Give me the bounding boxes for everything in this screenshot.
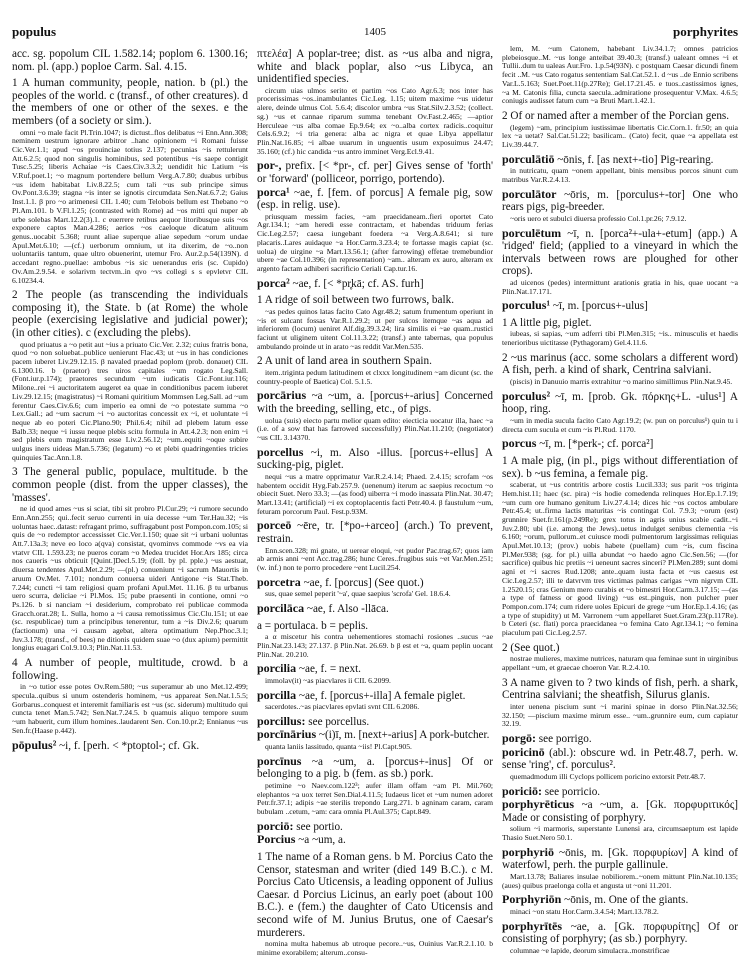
- entry-definition: ~ae, f. [< *pr̥kā; cf. AS. furh]: [290, 278, 424, 290]
- citations: (legem) ~am, principium iustissimae libe…: [502, 124, 738, 150]
- sense-definition: 4 A number of people, multitude, crowd. …: [12, 657, 248, 682]
- headword: poricinō: [502, 745, 545, 759]
- citations: in ~o tutior esse potes Ov.Rem.580; ~us …: [12, 683, 248, 735]
- dictionary-entry: porcetra ~ae, f. [porcus] (See quot.): [257, 576, 493, 590]
- dictionary-entry: porphyrītēs ~ae, a. [Gk. πορφυρίτης] Of …: [502, 920, 738, 946]
- headword: Porphyriōn: [502, 892, 561, 906]
- entry-definition: ~ī, m. [*perk-; cf. porca²]: [536, 438, 653, 450]
- entry-definition: ~ae, f. Also -llāca.: [304, 603, 389, 615]
- citations: solium ~i marmoris, superstante Lunensi …: [502, 825, 738, 842]
- citations: ~as pedes quinos latas facito Cato Agr.4…: [257, 308, 493, 352]
- headword: porphyrītēs: [502, 919, 562, 933]
- citations: scaberat, ut ~us contritis arbore costis…: [502, 481, 738, 638]
- dictionary-entry: porcilla ~ae, f. [porcus+-illa] A female…: [257, 689, 493, 703]
- sense-definition: 1 A male pig, (in pl., pigs without diff…: [502, 455, 738, 480]
- dictionary-entry: porculātiō ~ōnis, f. [as next+-tio] Pig-…: [502, 153, 738, 167]
- dictionary-entry: porculus¹ ~ī, m. [porcus+-ulus]: [502, 299, 738, 313]
- dictionary-entry: Porcius ~a ~um, a.: [257, 833, 493, 847]
- dictionary-entry: porculētum ~ī, n. [porca²+-ula+-etum] (a…: [502, 227, 738, 278]
- entry-definition: ~ae, f. [fem. of porcus] A female pig, s…: [257, 187, 493, 212]
- headword: por-,: [257, 158, 282, 172]
- sense-definition: 1 A ridge of soil between two furrows, b…: [257, 294, 493, 307]
- headword: porcillus:: [257, 714, 305, 728]
- sense-definition: 1 The name of a Roman gens. b M. Porcius…: [257, 851, 493, 939]
- headword: porculētum: [502, 226, 561, 240]
- sense-definition: acc. sg. popolum CIL 1.582.14; poplom 6.…: [12, 48, 248, 73]
- citations: priusquam messim facies, ~am praecidanea…: [257, 213, 493, 274]
- headword: Porcius: [257, 832, 295, 846]
- citations: ~um in media sucula facito Cato Agr.19.2…: [502, 417, 738, 434]
- column-1: acc. sg. popolum CIL 1.582.14; poplom 6.…: [12, 44, 248, 752]
- citations: columnae ~e lapide, deorum simulacra..mo…: [502, 947, 738, 956]
- entry-definition: ~ī, m. [porcus+-ulus]: [550, 300, 648, 312]
- citations: nostrae mulieres, maxime nutrices, natur…: [502, 655, 738, 672]
- dictionary-entry: porphyriō ~ōnis, m. [Gk. πορφυρίων] A ki…: [502, 846, 738, 872]
- headword: porcilia: [257, 661, 296, 675]
- citations: nomina multa habemus ab utroque pecore..…: [257, 940, 493, 957]
- headword: porciō:: [257, 819, 293, 833]
- sense-definition: 2 The people (as transcending the indivi…: [12, 289, 248, 339]
- headword: porcīnārius: [257, 727, 316, 741]
- sense-definition: 3 The general public, populace, multitud…: [12, 466, 248, 504]
- headword: porcus: [502, 436, 536, 450]
- page-number: 1405: [12, 26, 738, 38]
- citations: ~oris uero et subulci diuersa professio …: [502, 215, 738, 224]
- dictionary-entry: porca² ~ae, f. [< *pr̥kā; cf. AS. furh]: [257, 277, 493, 291]
- headword: porphyrēticus: [502, 797, 574, 811]
- column-2: πτελέα] A poplar-tree; dist. as ~us alba…: [257, 44, 493, 961]
- headword: porcīnus: [257, 754, 301, 768]
- headword: poriciō:: [502, 784, 542, 798]
- citations: Enn.scen.328; mi gnate, ut uerear eloqui…: [257, 547, 493, 573]
- sense-definition: 3 A name given to ? two kinds of fish, p…: [502, 677, 738, 702]
- headword: porphyriō: [502, 845, 554, 859]
- sense-definition: 2 Of or named after a member of the Porc…: [502, 110, 738, 123]
- dictionary-entry: Porphyriōn ~ōnis, m. One of the giants.: [502, 893, 738, 907]
- sense-definition: 2 A unit of land area in southern Spain.: [257, 355, 493, 368]
- headword: porculātiō: [502, 152, 554, 166]
- headword: porca¹: [257, 185, 290, 199]
- dictionary-entry: porphyrēticus ~a ~um, a. [Gk. πορφυριτικ…: [502, 798, 738, 824]
- citations: ad uicenos (pedes) intermittunt arationi…: [502, 279, 738, 296]
- citations: quanta laniis lassitudo, quanta ~iis! Pl…: [257, 743, 493, 752]
- citations: immolav(it) ~as piacvlares ii CIL 6.2099…: [257, 677, 493, 686]
- dictionary-entry: porcārius ~a ~um, a. [porcus+-arius] Con…: [257, 389, 493, 415]
- dictionary-entry: porcīnārius ~(i)ī, m. [next+-arius] A po…: [257, 728, 493, 742]
- headword: porculātor: [502, 187, 556, 201]
- citations: petimine ~o Naev.com.122³; aufer illam o…: [257, 782, 493, 817]
- entry-definition: ~ae, f. [porcus+-illa] A female piglet.: [296, 690, 465, 702]
- citations: ne id quod ames ~us si sciat, tibi sit p…: [12, 505, 248, 653]
- entry-definition: ~ae, f. [porcus] (See quot.): [301, 577, 424, 589]
- column-3: lem, M. ~um Catonem, habebant Liv.34.1.7…: [502, 44, 738, 959]
- entry-definition: ~ōnis, f. [as next+-tio] Pig-rearing.: [554, 154, 713, 166]
- headword: porgō:: [502, 731, 536, 745]
- citations: nequi ~us a matre opprimatur Var.R.2.4.1…: [257, 473, 493, 517]
- citations: circum uias ulmos serito et partim ~os C…: [257, 87, 493, 157]
- sense-definition: 1 A human community, people, nation. b (…: [12, 77, 248, 127]
- citations: uolua (suis) eiecto partu melior quam ed…: [257, 417, 493, 443]
- dictionary-entry: porgō: see porrigo.: [502, 732, 738, 746]
- citations: (piscis) in Danuuio marris extrahitur ~o…: [502, 378, 738, 387]
- citations: a α miscetur his contra uehementiores st…: [257, 633, 493, 659]
- dictionary-entry: pōpulus² ~i, f. [perh. < *ptoptol-; cf. …: [12, 739, 248, 753]
- entry-definition: ~ōnis, m. One of the giants.: [561, 894, 688, 906]
- sense-definition: πτελέα] A poplar-tree; dist. as ~us alba…: [257, 48, 493, 86]
- entry-definition: ~a ~um, a.: [295, 834, 345, 846]
- headword: porca²: [257, 276, 290, 290]
- entry-definition: see porcellus.: [305, 716, 369, 728]
- citations: sus, quae semel peperit '~a', quae saepi…: [257, 590, 493, 599]
- entry-definition: ~i, f. [perh. < *ptoptol-; cf. Gk.: [56, 740, 199, 752]
- entry-definition: prefix. [< *pr-, cf. per] Gives sense of…: [257, 160, 493, 185]
- entry-definition: ~ēre, tr. [*po-+arceo] (arch.) To preven…: [257, 520, 493, 545]
- headword: porcārius: [257, 388, 306, 402]
- dictionary-entry: porculus² ~ī, m. [prob. Gk. πόρκης+L. -u…: [502, 390, 738, 416]
- citations: lem, M. ~um Catonem, habebant Liv.34.1.7…: [502, 45, 738, 106]
- dictionary-page: populus 1405 porphyrites acc. sg. popolu…: [0, 0, 750, 963]
- headword: porculus²: [502, 389, 550, 403]
- entry-definition: see porricio.: [542, 786, 600, 798]
- citations: sacerdotes..~as piacvlares epvlati svnt …: [257, 703, 493, 712]
- dictionary-entry: porceō ~ēre, tr. [*po-+arceo] (arch.) To…: [257, 519, 493, 545]
- headword: porcilāca: [257, 601, 304, 615]
- headword: porceō: [257, 518, 291, 532]
- citations: quod priuatus a ~o petit aut ~ius a priu…: [12, 341, 248, 463]
- headword: porcellus: [257, 445, 303, 459]
- dictionary-entry: porcus ~ī, m. [*perk-; cf. porca²]: [502, 437, 738, 451]
- citations: omni ~o male facit Pl.Trin.1047; is dict…: [12, 129, 248, 286]
- entry-definition: ~ae, f. = next.: [296, 663, 361, 675]
- citations: item..triginta pedum latitudinem et clxx…: [257, 369, 493, 386]
- running-head: populus 1405 porphyrites: [12, 24, 738, 44]
- dictionary-entry: porcilia ~ae, f. = next.: [257, 662, 493, 676]
- entry-definition: see porrigo.: [536, 733, 592, 745]
- dictionary-entry: poriciō: see porricio.: [502, 785, 738, 799]
- dictionary-entry: porcilāca ~ae, f. Also -llāca.: [257, 602, 493, 616]
- dictionary-entry: porcīnus ~a ~um, a. [porcus+-inus] Of or…: [257, 755, 493, 781]
- headword: porcetra: [257, 575, 301, 589]
- dictionary-entry: por-, prefix. [< *pr-, cf. per] Gives se…: [257, 159, 493, 185]
- entry-definition: ~(i)ī, m. [next+-arius] A pork-butcher.: [316, 729, 489, 741]
- dictionary-entry: poricinō (abl.): obscure wd. in Petr.48.…: [502, 746, 738, 772]
- dictionary-entry: porcellus ~i, m. Also -illus. [porcus+-e…: [257, 446, 493, 472]
- dictionary-entry: porcillus: see porcellus.: [257, 715, 493, 729]
- citations: minaci ~on statu Hor.Carm.3.4.54; Mart.1…: [502, 908, 738, 917]
- citations: iubeas, si sapias, ~um adferri tibi Pl.M…: [502, 330, 738, 347]
- citations: quemadmodum illi Cyclops pollicem porici…: [502, 773, 738, 782]
- right-guide-word: porphyrites: [673, 24, 738, 40]
- dictionary-entry: porca¹ ~ae, f. [fem. of porcus] A female…: [257, 186, 493, 212]
- headword: pōpulus²: [12, 738, 56, 752]
- sense-definition: a = portulaca. b = peplis.: [257, 620, 493, 633]
- entry-definition: see portio.: [293, 821, 342, 833]
- citations: in nutricatu, quam ~onem appellant, bini…: [502, 167, 738, 184]
- sense-definition: 2 (See quot.): [502, 642, 738, 655]
- headword: porculus¹: [502, 298, 550, 312]
- citations: Mart.13.78; Baliares insulae nobiliorem.…: [502, 873, 738, 890]
- headword: porcilla: [257, 688, 296, 702]
- sense-definition: 1 A little pig, piglet.: [502, 317, 738, 330]
- dictionary-entry: porculātor ~ōris, m. [porculus+-tor] One…: [502, 188, 738, 214]
- sense-definition: 2 ~us marinus (acc. some scholars a diff…: [502, 352, 738, 377]
- dictionary-entry: porciō: see portio.: [257, 820, 493, 834]
- citations: inter uenena piscium sunt ~i marini spin…: [502, 703, 738, 729]
